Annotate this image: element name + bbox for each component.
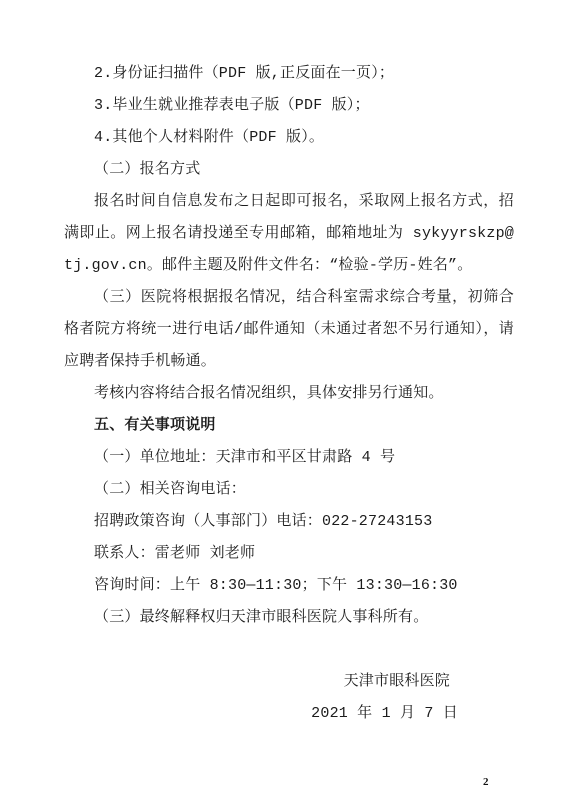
document-body: 2.身份证扫描件（PDF 版,正反面在一页）； 3.毕业生就业推荐表电子版（PD…	[64, 58, 514, 730]
attachment-item-other-materials: 4.其他个人材料附件（PDF 版）。	[64, 122, 514, 154]
page-number: 2	[483, 774, 489, 790]
attachment-item-idcard: 2.身份证扫描件（PDF 版,正反面在一页）；	[64, 58, 514, 90]
paragraph-recruit-policy-phone: 招聘政策咨询（人事部门）电话：022-27243153	[64, 506, 514, 538]
document-page: 2.身份证扫描件（PDF 版,正反面在一页）； 3.毕业生就业推荐表电子版（PD…	[0, 0, 577, 811]
paragraph-assessment-arrangement: 考核内容将结合报名情况组织，具体安排另行通知。	[64, 378, 514, 410]
signature-block: 天津市眼科医院 2021 年 1 月 7 日	[64, 666, 514, 730]
paragraph-consult-phone-label: （二）相关咨询电话：	[64, 474, 514, 506]
signature-date: 2021 年 1 月 7 日	[64, 698, 514, 730]
paragraph-final-interpretation: （三）最终解释权归天津市眼科医院人事科所有。	[64, 602, 514, 634]
paragraph-screening-notification: （三）医院将根据报名情况，结合科室需求综合考量，初筛合格者院方将统一进行电话/邮…	[64, 282, 514, 378]
section-heading-related-notes: 五、有关事项说明	[64, 410, 514, 442]
attachment-item-recommendation: 3.毕业生就业推荐表电子版（PDF 版）；	[64, 90, 514, 122]
paragraph-contact-person: 联系人：雷老师 刘老师	[64, 538, 514, 570]
paragraph-consult-hours: 咨询时间：上午 8:30—11:30；下午 13:30—16:30	[64, 570, 514, 602]
paragraph-registration-time-email: 报名时间自信息发布之日起即可报名，采取网上报名方式，招满即止。网上报名请投递至专…	[64, 186, 514, 282]
paragraph-unit-address: （一）单位地址：天津市和平区甘肃路 4 号	[64, 442, 514, 474]
subsection-heading-registration-method: （二）报名方式	[64, 154, 514, 186]
signature-organization: 天津市眼科医院	[64, 666, 514, 698]
